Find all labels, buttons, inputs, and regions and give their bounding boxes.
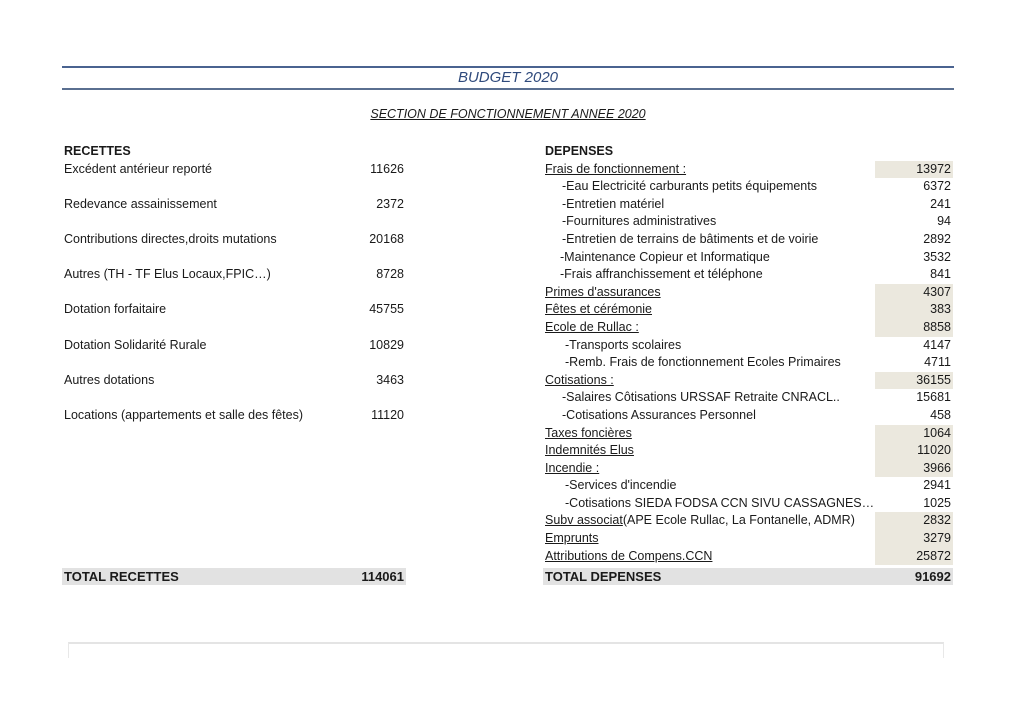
depenses-label-text: -Cotisations Assurances Personnel (562, 408, 756, 422)
recettes-value: 3463 (376, 372, 404, 390)
depenses-sub-row: -Services d'incendie2941 (543, 477, 953, 495)
depenses-value: 11020 (917, 442, 951, 460)
recettes-row: Dotation Solidarité Rurale10829 (62, 337, 406, 372)
depenses-value: 1025 (923, 495, 951, 513)
recettes-row: Redevance assainissement2372 (62, 196, 406, 231)
footer-frame (68, 642, 944, 658)
depenses-label-text: -Entretien de terrains de bâtiments et d… (562, 232, 818, 246)
depenses-label-text: -Services d'incendie (565, 478, 676, 492)
total-depenses-value: 91692 (915, 568, 951, 585)
depenses-label: Primes d'assurances (545, 284, 661, 302)
depenses-label: Incendie : (545, 460, 599, 478)
depenses-value: 94 (937, 213, 951, 231)
depenses-sub-row: -Remb. Frais de fonctionnement Ecoles Pr… (543, 354, 953, 372)
recettes-column: RECETTES Excédent antérieur reporté11626… (62, 143, 406, 442)
depenses-value: 841 (930, 266, 951, 284)
recettes-row: Autres (TH - TF Elus Locaux,FPIC…)8728 (62, 266, 406, 301)
depenses-heading: DEPENSES (545, 143, 613, 161)
depenses-group-row: Emprunts3279 (543, 530, 953, 548)
depenses-sub-row: -Maintenance Copieur et Informatique3532 (543, 249, 953, 267)
section-subtitle: SECTION DE FONCTIONNEMENT ANNEE 2020 (62, 107, 954, 121)
depenses-group-row: Incendie :3966 (543, 460, 953, 478)
depenses-value: 3279 (923, 530, 951, 548)
recettes-row: Contributions directes,droits mutations2… (62, 231, 406, 266)
depenses-group-row: Indemnités Elus11020 (543, 442, 953, 460)
depenses-group-row: Fêtes et cérémonie383 (543, 301, 953, 319)
recettes-label: Contributions directes,droits mutations (64, 231, 277, 249)
depenses-label: -Entretien de terrains de bâtiments et d… (562, 231, 818, 249)
depenses-label: -Fournitures administratives (562, 213, 716, 231)
depenses-column: DEPENSES Frais de fonctionnement :13972-… (543, 143, 953, 565)
recettes-value: 45755 (369, 301, 404, 319)
depenses-value: 2941 (923, 477, 951, 495)
depenses-label-note: (APE Ecole Rullac, La Fontanelle, ADMR) (623, 512, 855, 530)
depenses-group-row: Ecole de Rullac :8858 (543, 319, 953, 337)
depenses-label-text: Incendie : (545, 461, 599, 475)
depenses-value: 3532 (923, 249, 951, 267)
recettes-value: 10829 (369, 337, 404, 355)
depenses-group-row: Primes d'assurances4307 (543, 284, 953, 302)
depenses-value: 8858 (923, 319, 951, 337)
depenses-value: 25872 (916, 548, 951, 566)
recettes-label: Dotation forfaitaire (64, 301, 166, 319)
total-depenses-row: TOTAL DEPENSES 91692 (543, 568, 953, 585)
recettes-label: Excédent antérieur reporté (64, 161, 212, 179)
total-depenses-label: TOTAL DEPENSES (545, 568, 661, 585)
depenses-value: 241 (930, 196, 951, 214)
recettes-row: Dotation forfaitaire45755 (62, 301, 406, 336)
recettes-value: 8728 (376, 266, 404, 284)
depenses-label-text: Taxes foncières (545, 426, 632, 440)
depenses-value: 2832 (923, 512, 951, 530)
depenses-label: Frais de fonctionnement : (545, 161, 686, 179)
depenses-group-row: Cotisations :36155 (543, 372, 953, 390)
depenses-label-text: -Transports scolaires (565, 338, 681, 352)
depenses-label-text: -Maintenance Copieur et Informatique (560, 250, 770, 264)
recettes-row: Autres dotations3463 (62, 372, 406, 407)
recettes-value: 20168 (369, 231, 404, 249)
depenses-label-text: -Entretien matériel (562, 197, 664, 211)
depenses-label: Cotisations : (545, 372, 614, 390)
depenses-value: 383 (930, 301, 951, 319)
depenses-value: 15681 (916, 389, 951, 407)
depenses-label-text: Frais de fonctionnement : (545, 162, 686, 176)
depenses-value: 4307 (923, 284, 951, 302)
recettes-label: Locations (appartements et salle des fêt… (64, 407, 303, 425)
depenses-label: -Frais affranchissement et téléphone (560, 266, 763, 284)
depenses-label-text: Primes d'assurances (545, 285, 661, 299)
depenses-value: 3966 (923, 460, 951, 478)
depenses-sub-row: -Frais affranchissement et téléphone841 (543, 266, 953, 284)
depenses-value: 4711 (924, 354, 951, 372)
depenses-label: Fêtes et cérémonie (545, 301, 652, 319)
recettes-label: Dotation Solidarité Rurale (64, 337, 206, 355)
total-recettes-row: TOTAL RECETTES 114061 (62, 568, 406, 585)
depenses-value: 2892 (923, 231, 951, 249)
depenses-group-row: Subv associat (APE Ecole Rullac, La Font… (543, 512, 953, 530)
depenses-group-row: Taxes foncières1064 (543, 425, 953, 443)
depenses-value: 36155 (916, 372, 951, 390)
depenses-value: 458 (930, 407, 951, 425)
depenses-label-text: -Remb. Frais de fonctionnement Ecoles Pr… (565, 355, 841, 369)
depenses-sub-row: -Cotisations SIEDA FODSA CCN SIVU CASSAG… (543, 495, 953, 513)
depenses-sub-row: -Cotisations Assurances Personnel458 (543, 407, 953, 425)
depenses-label-text: Attributions de Compens.CCN (545, 549, 712, 563)
depenses-label: Taxes foncières (545, 425, 632, 443)
depenses-label: -Cotisations Assurances Personnel (562, 407, 756, 425)
recettes-row: Locations (appartements et salle des fêt… (62, 407, 406, 442)
recettes-label: Redevance assainissement (64, 196, 217, 214)
depenses-sub-row: -Salaires Côtisations URSSAF Retraite CN… (543, 389, 953, 407)
recettes-value: 11626 (370, 161, 404, 179)
depenses-sub-row: -Entretien matériel241 (543, 196, 953, 214)
depenses-sub-row: -Transports scolaires4147 (543, 337, 953, 355)
recettes-label: Autres (TH - TF Elus Locaux,FPIC…) (64, 266, 271, 284)
depenses-sub-row: -Fournitures administratives94 (543, 213, 953, 231)
depenses-label: Subv associat (APE Ecole Rullac, La Font… (545, 512, 855, 530)
recettes-label: Autres dotations (64, 372, 154, 390)
depenses-label: Indemnités Elus (545, 442, 634, 460)
depenses-label: -Salaires Côtisations URSSAF Retraite CN… (562, 389, 840, 407)
depenses-group-row: Attributions de Compens.CCN25872 (543, 548, 953, 566)
depenses-label: -Services d'incendie (565, 477, 676, 495)
depenses-label-text: -Cotisations SIEDA FODSA CCN SIVU CASSAG… (565, 496, 874, 510)
depenses-label: Attributions de Compens.CCN (545, 548, 712, 566)
depenses-label-text: Fêtes et cérémonie (545, 302, 652, 316)
depenses-sub-row: -Entretien de terrains de bâtiments et d… (543, 231, 953, 249)
depenses-label: -Eau Electricité carburants petits équip… (562, 178, 817, 196)
page-title: BUDGET 2020 (62, 68, 954, 88)
depenses-label-text: -Frais affranchissement et téléphone (560, 267, 763, 281)
recettes-value: 2372 (376, 196, 404, 214)
recettes-heading: RECETTES (64, 143, 131, 161)
depenses-label-text: Cotisations : (545, 373, 614, 387)
recettes-heading-row: RECETTES (62, 143, 406, 161)
depenses-label: -Entretien matériel (562, 196, 664, 214)
depenses-label: -Cotisations SIEDA FODSA CCN SIVU CASSAG… (565, 495, 874, 513)
depenses-value: 13972 (916, 161, 951, 179)
depenses-value: 4147 (923, 337, 951, 355)
total-recettes-value: 114061 (361, 568, 404, 585)
depenses-label: -Remb. Frais de fonctionnement Ecoles Pr… (565, 354, 841, 372)
depenses-label-text: -Eau Electricité carburants petits équip… (562, 179, 817, 193)
depenses-label-text: -Salaires Côtisations URSSAF Retraite CN… (562, 390, 840, 404)
recettes-row: Excédent antérieur reporté11626 (62, 161, 406, 196)
depenses-label-text: -Fournitures administratives (562, 214, 716, 228)
depenses-value: 6372 (923, 178, 951, 196)
depenses-label: -Maintenance Copieur et Informatique (560, 249, 770, 267)
depenses-label-text: Emprunts (545, 531, 599, 545)
depenses-label-text: Ecole de Rullac : (545, 320, 639, 334)
depenses-label: Ecole de Rullac : (545, 319, 639, 337)
depenses-label-text: Subv associat (545, 513, 623, 527)
depenses-heading-row: DEPENSES (543, 143, 953, 161)
depenses-sub-row: -Eau Electricité carburants petits équip… (543, 178, 953, 196)
depenses-label-text: Indemnités Elus (545, 443, 634, 457)
depenses-value: 1064 (923, 425, 951, 443)
recettes-value: 11120 (371, 407, 404, 425)
header-rule-bottom (62, 88, 954, 90)
depenses-label: Emprunts (545, 530, 599, 548)
depenses-label: -Transports scolaires (565, 337, 681, 355)
depenses-group-row: Frais de fonctionnement :13972 (543, 161, 953, 179)
total-recettes-label: TOTAL RECETTES (64, 568, 179, 585)
